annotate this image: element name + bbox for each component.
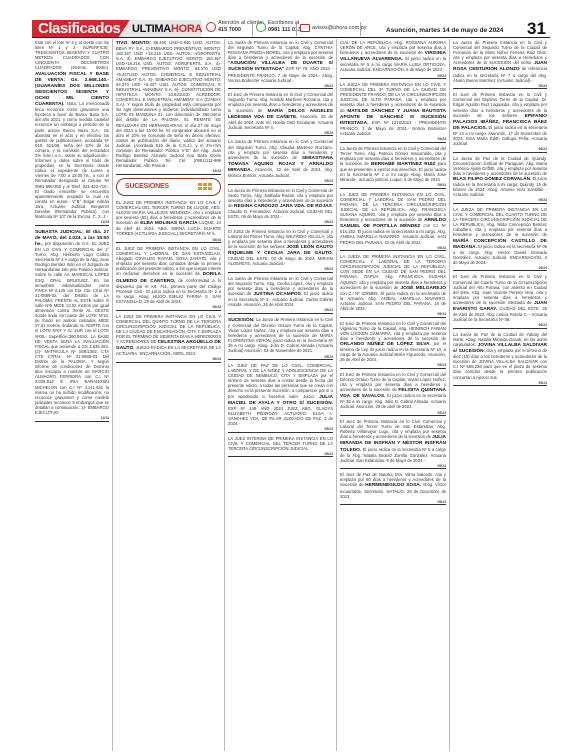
ad-text: LA JUEZ DE PAZ DE LO CIVIL, COMERCIAL, L…: [228, 363, 333, 399]
publication-date: Asunción, martes 14 de mayo de 2024: [386, 27, 503, 34]
section-title-block: Clasificados: [32, 20, 132, 38]
ad-code: 05/24: [228, 220, 333, 226]
ad-code: 05/24: [228, 131, 333, 137]
masthead: Clasificados ULTIMAHORA Atención al clie…: [0, 0, 580, 38]
ad-text: El Juez de Primera Instancia en lo Civil…: [340, 419, 446, 439]
classified-ad: El Juez de Primera Instancia en lo Civil…: [453, 274, 547, 322]
classified-ad: La Jueza de Paz de la Ciudad de Quiindy,…: [453, 156, 547, 198]
phone-icon: [206, 22, 216, 32]
ad-code: 05/24: [340, 312, 446, 318]
ad-code: 05/24: [340, 74, 446, 80]
ad-text: La Jueza de Primera Instancia en lo Civi…: [453, 40, 547, 65]
classified-ad: La Jueza de Primera Instancia en lo Civi…: [228, 40, 333, 83]
ad-text: LA JUEZA DE PRIMERA INSTANCIA EN LO CIVI…: [453, 207, 547, 237]
ad-code: 05/24: [340, 246, 446, 252]
ad-code: 05/24: [228, 84, 333, 90]
ad-text: El Juez de Primera Instancia en lo Civil…: [340, 321, 446, 341]
column-5: La Jueza de Primera Instancia en lo Civi…: [450, 39, 550, 751]
classified-ad: LA JUEZA DE PRIMERA INSTANCIA EN LO CIVI…: [340, 82, 446, 136]
ad-code: 05/24: [453, 198, 547, 204]
divider: [252, 22, 253, 36]
classified-ad: El Juez de Paz de Natalio, Dra. Vilma Sa…: [340, 472, 446, 498]
ad-code: 05/24: [453, 84, 547, 90]
ad-code: 05/24: [453, 381, 547, 387]
ad-text: Este con el lote Nº 4 y al Oeste con los…: [35, 40, 109, 70]
ad-text-tail: con C.I Nº 3265892. El juicio radica en …: [340, 291, 446, 311]
classified-ad: El JUEZ de Primera Instancia en lo Civil…: [228, 229, 333, 267]
classified-ad: CIAL DE LA REPÚBLICA, Abg. ROSSANA AUROR…: [340, 40, 446, 73]
ad-code: 05/24: [228, 308, 333, 314]
classified-ad: LA JUEZ DE PRIMERA INSTANCIA EN LO CIVIL…: [116, 314, 221, 357]
classified-ad: El Juez de Primera Instancia en lo Civil…: [340, 372, 446, 410]
ad-text: La Jueza de Primera Instancia en lo Civi…: [228, 40, 333, 60]
ad-code: 05/24: [340, 363, 446, 369]
section-title: Clasificados: [38, 20, 120, 37]
classified-ad: EL JUEZ DE PRIMERA INSTANCIA EN LO CIVIL…: [116, 200, 221, 237]
column-2: TIVO: MONTO: 59.400 USD+5.940 USD. AUTOS…: [113, 39, 225, 751]
ad-code: 11/24: [35, 220, 109, 226]
classified-ad: La Jueza de Paz de la Ciudad de Yabaty d…: [453, 332, 547, 380]
ad-text-tail: 59.400 USD+5.940 USD. AUTOS: BBVA PY S.A…: [116, 40, 221, 168]
ad-code: 06/24: [116, 238, 221, 244]
brand-right: HORA: [171, 23, 202, 35]
classified-ad: LA JUEZA DE PRIMERA INSTANCIA EN LO CIVI…: [453, 207, 547, 265]
ad-code: 05/24: [228, 427, 333, 433]
family-tree-icon: [198, 183, 212, 190]
classified-ad: LA JUEZ DE PAZ DE LO CIVIL, COMERCIAL, L…: [228, 363, 333, 426]
ad-text: El Juez de Primera Instancia en lo Civil…: [453, 274, 547, 304]
ad-code: 05/24: [453, 147, 547, 153]
ad-text-tail: EXP Nº 149 AÑO 2024 JUEZ ABG. GLADYS ELI…: [228, 406, 333, 426]
page-number: 31: [527, 19, 546, 39]
ad-code: 18/24: [116, 169, 221, 175]
column-1: Este con el lote Nº 4 y al Oeste con los…: [32, 39, 113, 751]
header-rule: [32, 37, 550, 38]
ad-code: 05/24: [453, 323, 547, 329]
ad-code: 05/24: [453, 266, 547, 272]
classifieds-columns: Este con el lote Nº 4 y al Oeste con los…: [32, 39, 550, 751]
section-banner-sucesiones: SUCESIONES: [116, 178, 221, 196]
classified-ad: SUCESIÓN: La Jueza de Primera Instancia …: [228, 317, 333, 354]
classified-ad: La Jueza de Primera Instancia en lo Civi…: [228, 139, 333, 178]
ad-text-tail: Nota: La mencionada finca reconoce como …: [35, 101, 109, 219]
classified-ad: LA JUEZA DE PRIMERA INSTANCIA EN LO CIVI…: [340, 254, 446, 311]
ad-code: 05/24: [340, 183, 446, 189]
contact-email-value: avisos@uhora.com.py: [312, 25, 367, 32]
ad-code: 05/24: [340, 464, 446, 470]
classified-ad: El Juez de Primera Instancia en lo Civil…: [340, 321, 446, 363]
divider: [296, 22, 297, 36]
classified-ad: El Juez de Primera Instancia en lo Civil…: [453, 92, 547, 146]
classified-ad: SUBASTA JUDICIAL: El día, 27 de MAYO, de…: [35, 229, 109, 415]
classified-ad: La Jueza de Primera Instancia en lo Civi…: [228, 276, 333, 308]
ad-code: 06/24: [116, 357, 221, 363]
ad-text: LA JUEZA DE PRIMERA INSTANCIA EN LO CIVI…: [340, 254, 446, 290]
classified-ad: La Jueza de Primera Instancia en lo Civi…: [340, 146, 446, 183]
divider: [360, 22, 361, 36]
brand-left: ULTIMA: [132, 23, 171, 35]
ad-code: 05/24: [228, 355, 333, 361]
classified-ad: Este con el lote Nº 4 y al Oeste con los…: [35, 40, 109, 219]
ad-text: La Jueza de Paz de la Ciudad de Quiindy,…: [453, 156, 547, 176]
brand-logo: ULTIMAHORA: [118, 20, 202, 38]
ad-text: LA JUEZ INTERINA DE PRIMERA INSTANCIA EN…: [228, 436, 333, 451]
ad-text-tail: CIUDAD DEL ESTE, 03 de Mayo de 2024. MIR…: [228, 256, 333, 266]
ad-code: 05/24: [340, 137, 446, 143]
ad-code: 05/24: [340, 500, 446, 506]
section-banner-label: SUCESIONES: [125, 183, 169, 190]
ad-text-tail: , por disposición de S.S. EL JUEZ EN LO …: [35, 241, 109, 415]
classified-ad: El Juez de Primera Instancia en lo Civil…: [340, 419, 446, 463]
ad-code: 05/24: [228, 179, 333, 185]
classified-ad: LA JUEZ INTERINA DE PRIMERA INSTANCIA EN…: [228, 436, 333, 451]
classified-ad: TIVO: MONTO: 59.400 USD+5.940 USD. AUTOS…: [116, 40, 221, 168]
whatsapp-icon: [256, 22, 266, 32]
ad-code: 05/24: [228, 267, 333, 273]
ad-text-tail: La Jueza de Primera Instancia en lo Civi…: [228, 317, 333, 354]
classified-ad: La Jueza de Primera Instancia en lo Civi…: [453, 40, 547, 83]
contact-email[interactable]: avisos@uhora.com.py: [300, 24, 367, 32]
ad-code: 05/24: [228, 452, 333, 458]
ad-code: 06/24: [116, 305, 221, 311]
envelope-icon: [300, 24, 310, 32]
column-4: CIAL DE LA REPÚBLICA, Abg. ROSSANA AUROR…: [337, 39, 450, 751]
column-3: La Jueza de Primera Instancia en lo Civi…: [225, 39, 337, 751]
contact-whatsapp[interactable]: Escribinos al 0981 111 013: [256, 20, 301, 33]
classified-ad: El Juez de Primera Instancia en lo Civil…: [228, 92, 333, 130]
ad-code: 05/24: [340, 411, 446, 417]
classified-ad: La Jueza de Primera Instancia en lo Civi…: [228, 188, 333, 220]
classified-ad: LA JUEZ DE PRIMERA INSTANCIA EN LO CIVIL…: [340, 192, 446, 245]
ad-code: 11/24: [35, 416, 109, 422]
classified-ad: EL JUEZ DE PRIMERA INSTANCIA EN LO CIVIL…: [116, 246, 221, 304]
